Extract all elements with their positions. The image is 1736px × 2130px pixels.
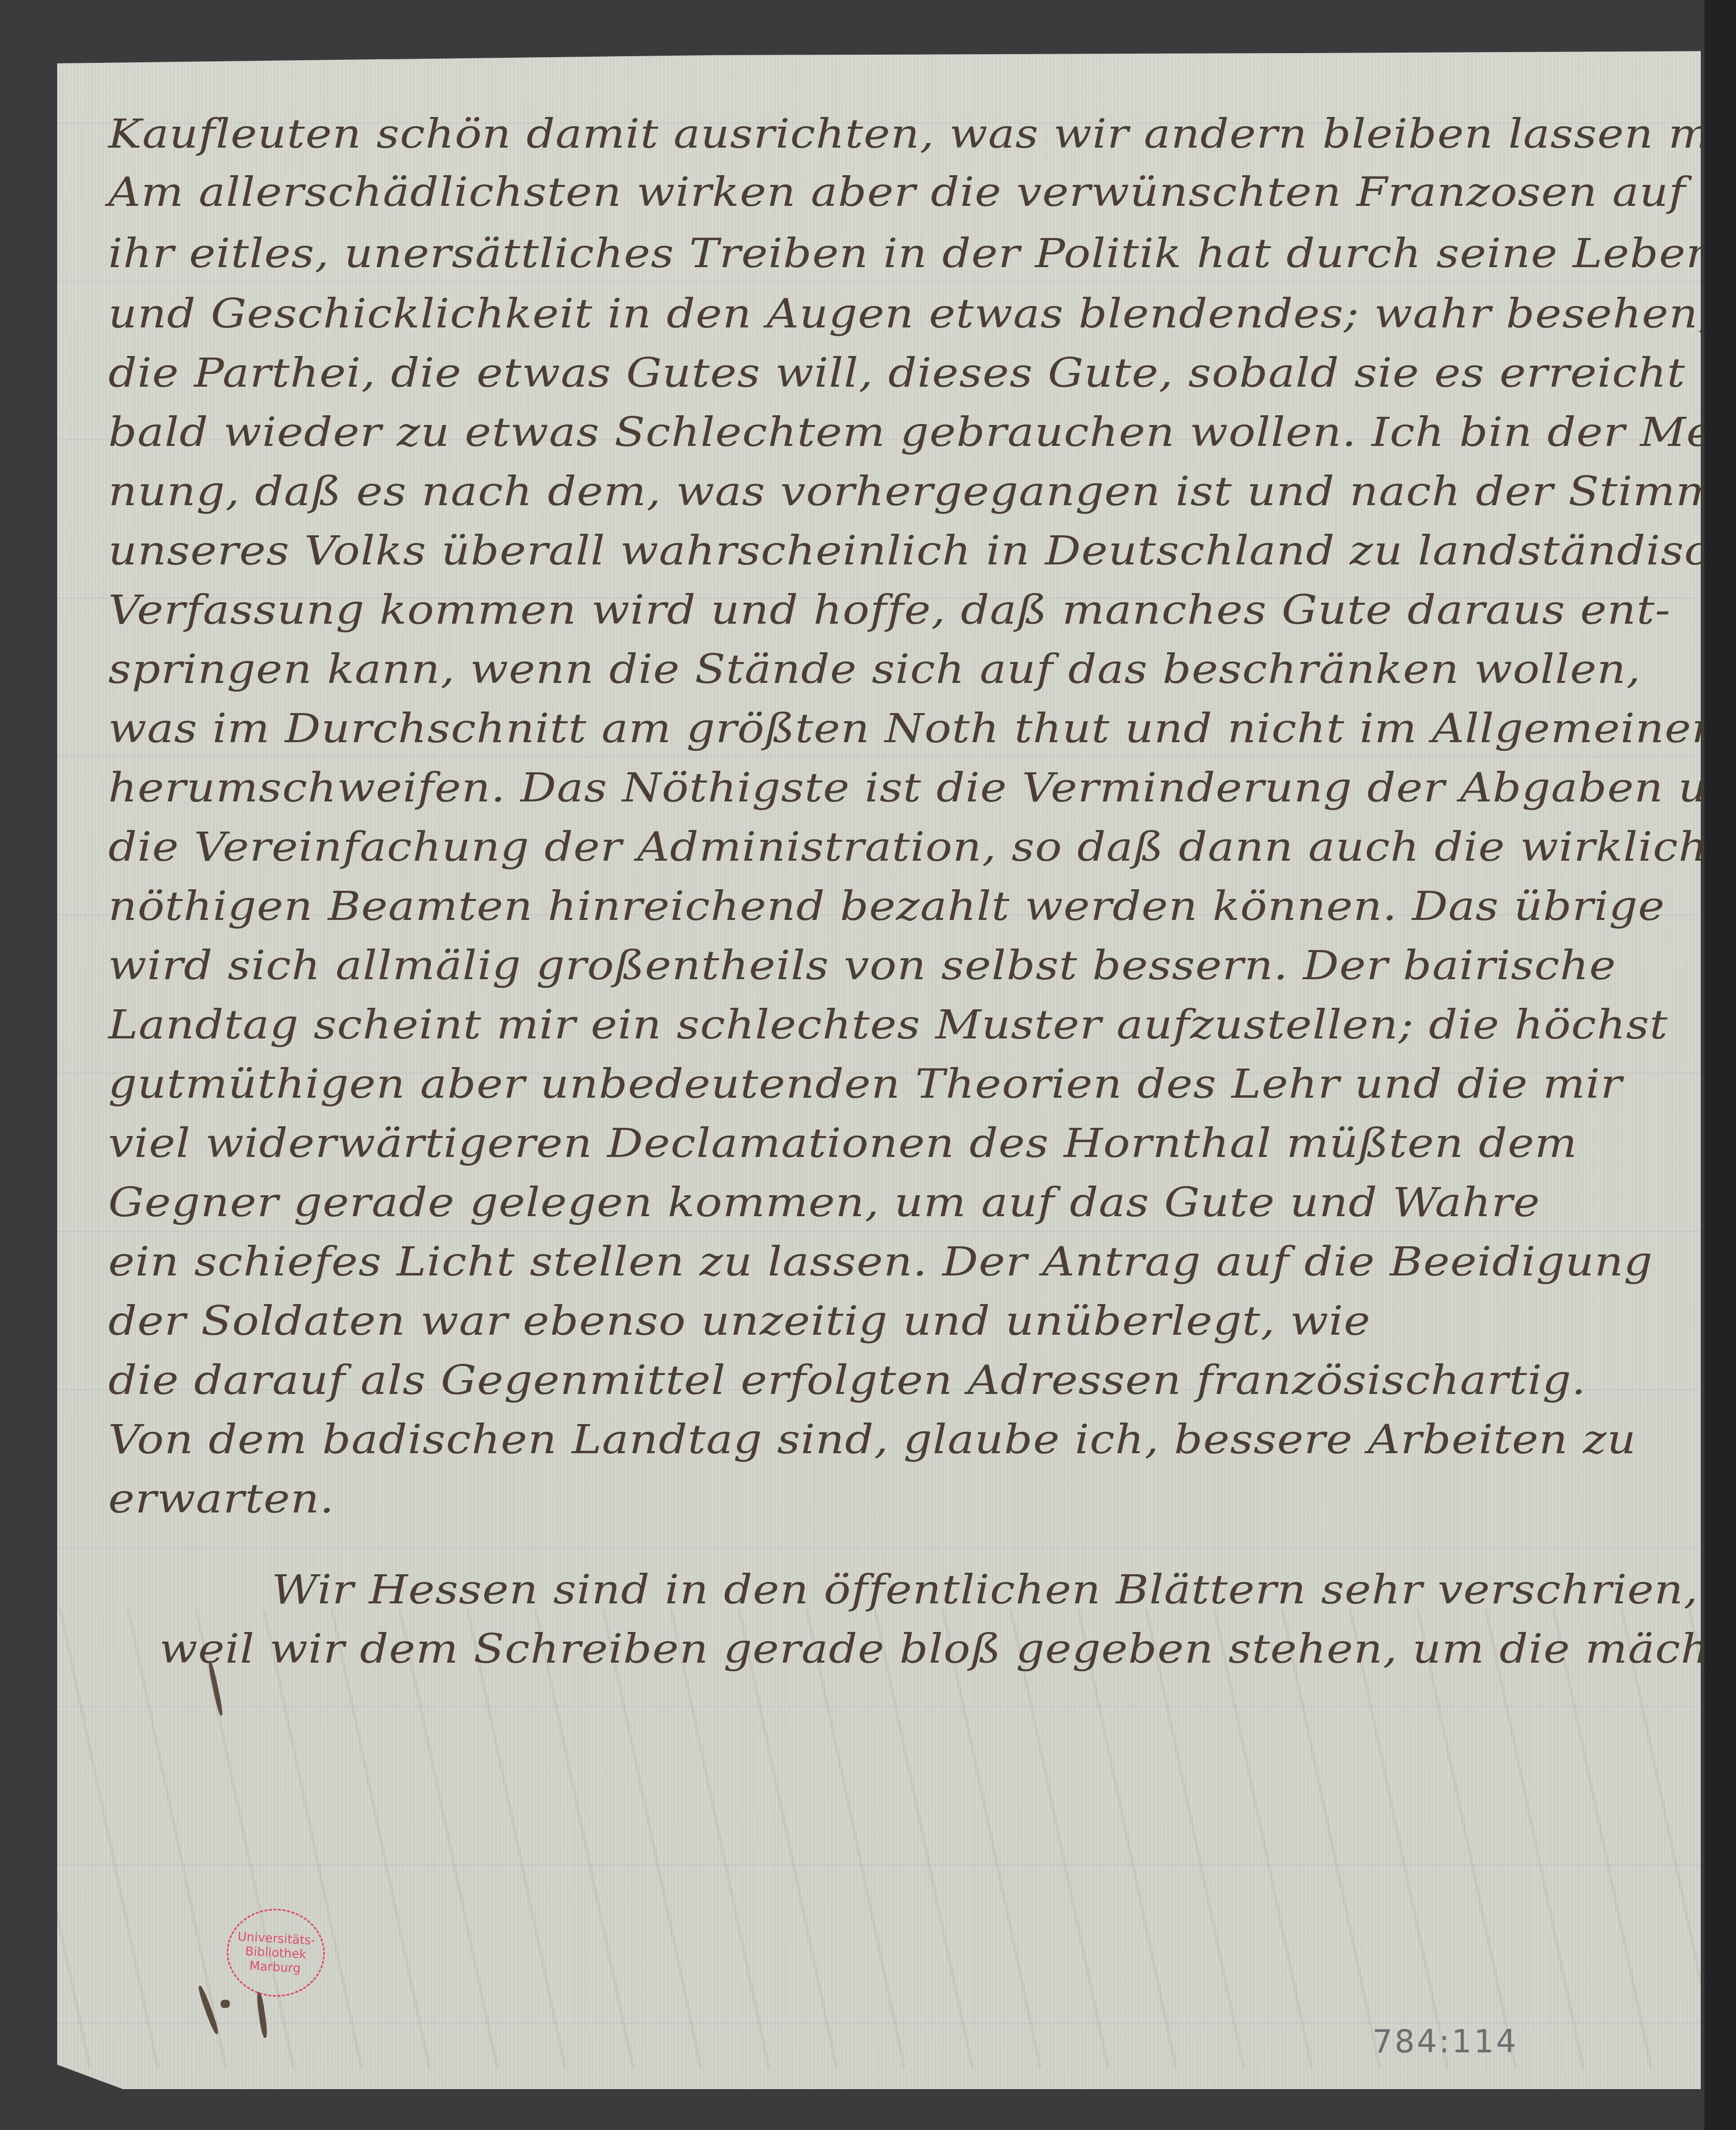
text-line-17: gutmüthigen aber unbedeutenden Theorien …	[108, 1061, 1623, 1107]
text-line-1: Kaufleuten schön damit ausrichten, was w…	[108, 111, 1736, 157]
text-line-21: der Soldaten war ebenso unzeitig und unü…	[108, 1298, 1371, 1344]
text-line-6: bald wieder zu etwas Schlechtem gebrauch…	[108, 410, 1736, 456]
text-line-18: viel widerwärtigeren Declamationen des H…	[108, 1121, 1578, 1167]
text-line-3: ihr eitles, unersättliches Treiben in de…	[108, 231, 1736, 277]
text-line-25: Wir Hessen sind in den öffentlichen Blät…	[272, 1567, 1698, 1613]
text-line-10: springen kann, wenn die Stände sich auf …	[108, 647, 1641, 693]
ink-bleed-through	[57, 1609, 1701, 2069]
ink-blot	[221, 2000, 230, 2008]
text-line-12: herumschweifen. Das Nöthigste ist die Ve…	[108, 765, 1736, 811]
text-line-2: Am allerschädlichsten wirken aber die ve…	[108, 170, 1736, 216]
text-line-22: die darauf als Gegenmittel erfolgten Adr…	[108, 1358, 1586, 1404]
text-line-26: weil wir dem Schreiben gerade bloß gegeb…	[159, 1626, 1736, 1672]
text-line-16: Landtag scheint mir ein schlechtes Muste…	[108, 1002, 1668, 1048]
text-line-23: Von dem badischen Landtag sind, glaube i…	[108, 1417, 1636, 1463]
text-line-8: unseres Volks überall wahrscheinlich in …	[108, 528, 1736, 574]
text-line-19: Gegner gerade gelegen kommen, um auf das…	[108, 1180, 1540, 1226]
manuscript-page: Kaufleuten schön damit ausrichten, was w…	[57, 51, 1701, 2089]
shelfmark: 784:114	[1372, 2023, 1518, 2060]
text-line-20: ein schiefes Licht stellen zu lassen. De…	[108, 1239, 1653, 1285]
stamp-line-3: Marburg	[249, 1958, 301, 1975]
text-line-4: und Geschicklichkeit in den Augen etwas …	[108, 291, 1736, 337]
text-line-24: erwarten.	[108, 1476, 335, 1522]
text-line-7: nung, daß es nach dem, was vorhergegange…	[108, 469, 1736, 515]
text-line-11: was im Durchschnitt am größten Noth thut…	[108, 706, 1721, 752]
text-line-13: die Vereinfachung der Administration, so…	[108, 824, 1708, 870]
text-line-5: die Parthei, die etwas Gutes will, diese…	[108, 350, 1736, 396]
scanner-border	[1704, 0, 1736, 2130]
ink-blot	[197, 1985, 220, 2035]
text-line-9: Verfassung kommen wird und hoffe, daß ma…	[108, 587, 1671, 633]
ink-blot	[256, 1992, 268, 2039]
text-line-14: nöthigen Beamten hinreichend bezahlt wer…	[108, 884, 1665, 930]
text-line-15: wird sich allmälig großentheils von selb…	[108, 943, 1616, 989]
